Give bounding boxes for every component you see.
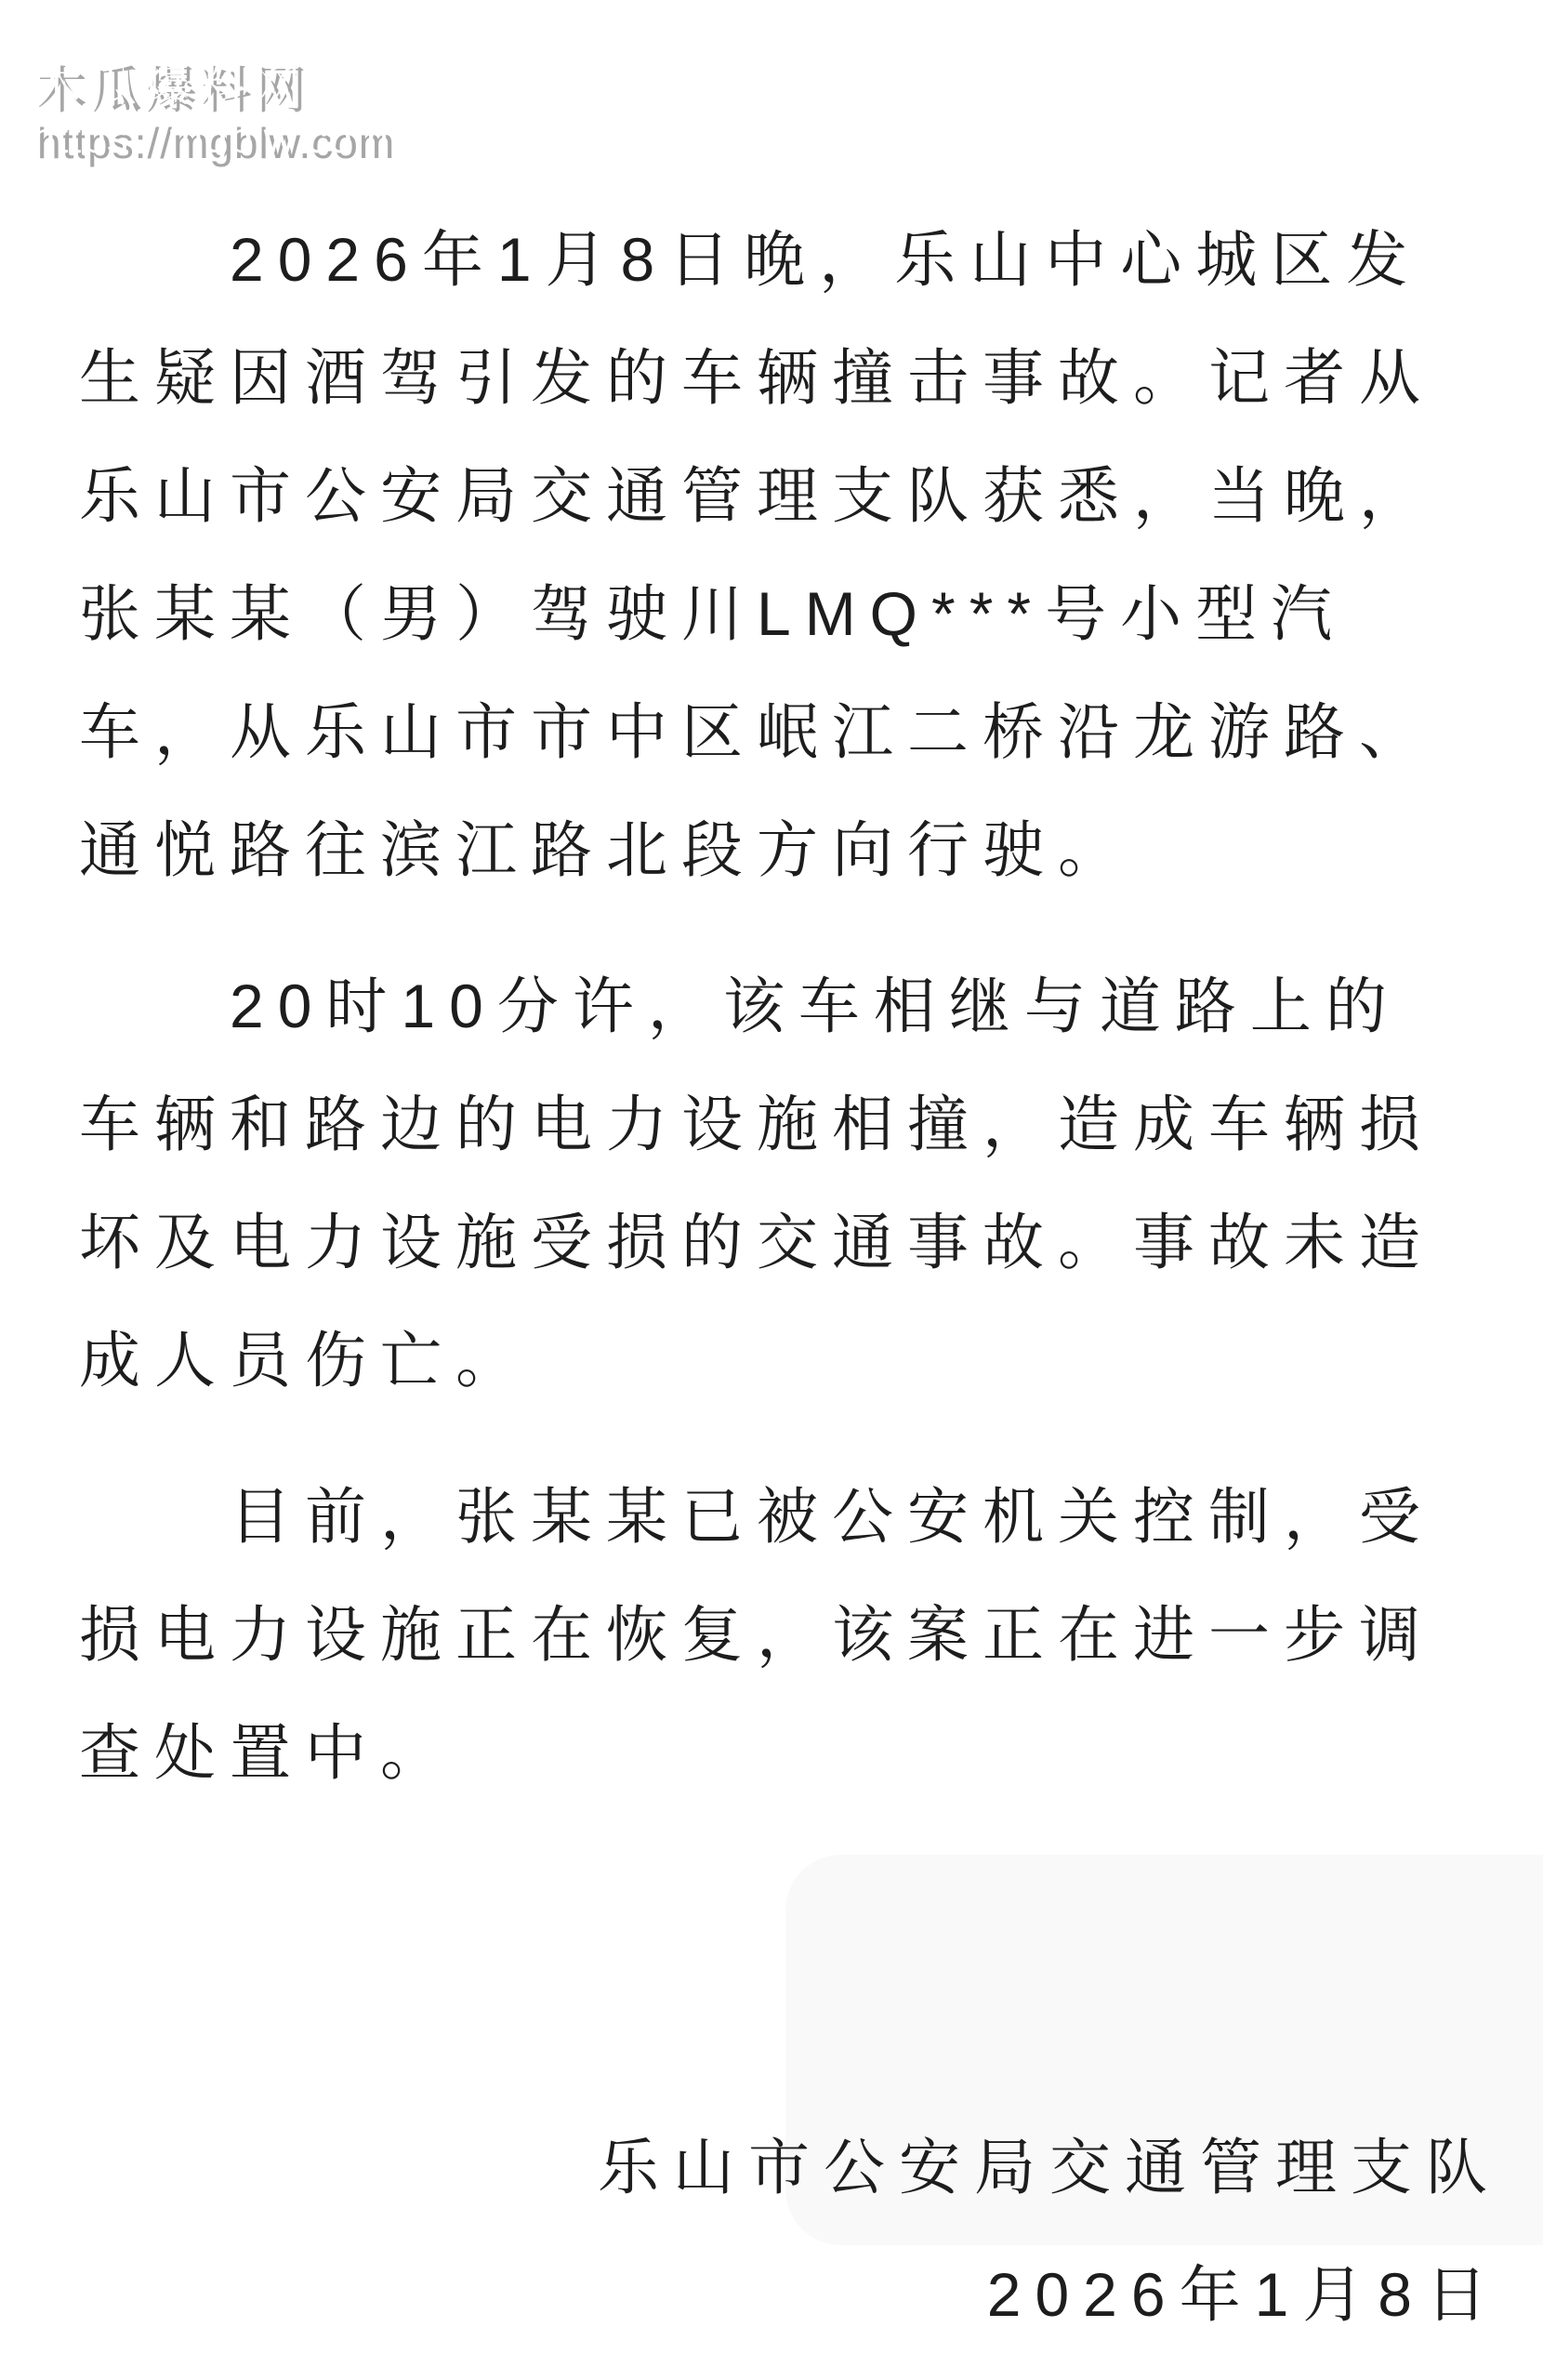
signoff-block: 乐山市公安局交通管理支队 2026年1月8日 <box>598 2109 1501 2354</box>
text-line: 2026年1月8日晚，乐山中心城区发 <box>79 201 1450 319</box>
watermark-site-name: 木瓜爆料网 <box>32 58 389 113</box>
text-line: 生疑因酒驾引发的车辆撞击事故。记者从 <box>79 319 1450 437</box>
text-line: 成人员伤亡。 <box>79 1302 1450 1420</box>
text-line: 乐山市公安局交通管理支队获悉，当晚， <box>79 437 1450 555</box>
text-line: 通悦路往滨江路北段方向行驶。 <box>79 791 1450 909</box>
text-line: 车，从乐山市市中区岷江二桥沿龙游路、 <box>79 673 1450 791</box>
signature-line: 乐山市公安局交通管理支队 <box>598 2109 1501 2227</box>
text-line: 目前，张某某已被公安机关控制，受 <box>79 1458 1450 1576</box>
watermark-site-url: https://mgblw.com <box>32 113 389 162</box>
paragraph-accident-details: 20时10分许，该车相继与道路上的车辆和路边的电力设施相撞，造成车辆损坏及电力设… <box>79 947 1450 1420</box>
text-line: 车辆和路边的电力设施相撞，造成车辆损 <box>79 1065 1450 1183</box>
document-body: 2026年1月8日晚，乐山中心城区发生疑因酒驾引发的车辆撞击事故。记者从乐山市公… <box>79 201 1450 1812</box>
text-line: 损电力设施正在恢复，该案正在进一步调 <box>79 1576 1450 1694</box>
paragraph-intro: 2026年1月8日晚，乐山中心城区发生疑因酒驾引发的车辆撞击事故。记者从乐山市公… <box>79 201 1450 909</box>
text-line: 坏及电力设施受损的交通事故。事故未造 <box>79 1183 1450 1302</box>
paragraph-current-status: 目前，张某某已被公安机关控制，受损电力设施正在恢复，该案正在进一步调查处置中。 <box>79 1458 1450 1812</box>
announcement-page: 木瓜爆料网 https://mgblw.com 2026年1月8日晚，乐山中心城… <box>0 0 1543 2380</box>
date-line: 2026年1月8日 <box>598 2236 1501 2354</box>
text-line: 查处置中。 <box>79 1694 1450 1812</box>
watermark: 木瓜爆料网 https://mgblw.com <box>32 58 389 162</box>
text-line: 20时10分许，该车相继与道路上的 <box>79 947 1450 1065</box>
text-line: 张某某（男）驾驶川LMQ***号小型汽 <box>79 555 1450 673</box>
